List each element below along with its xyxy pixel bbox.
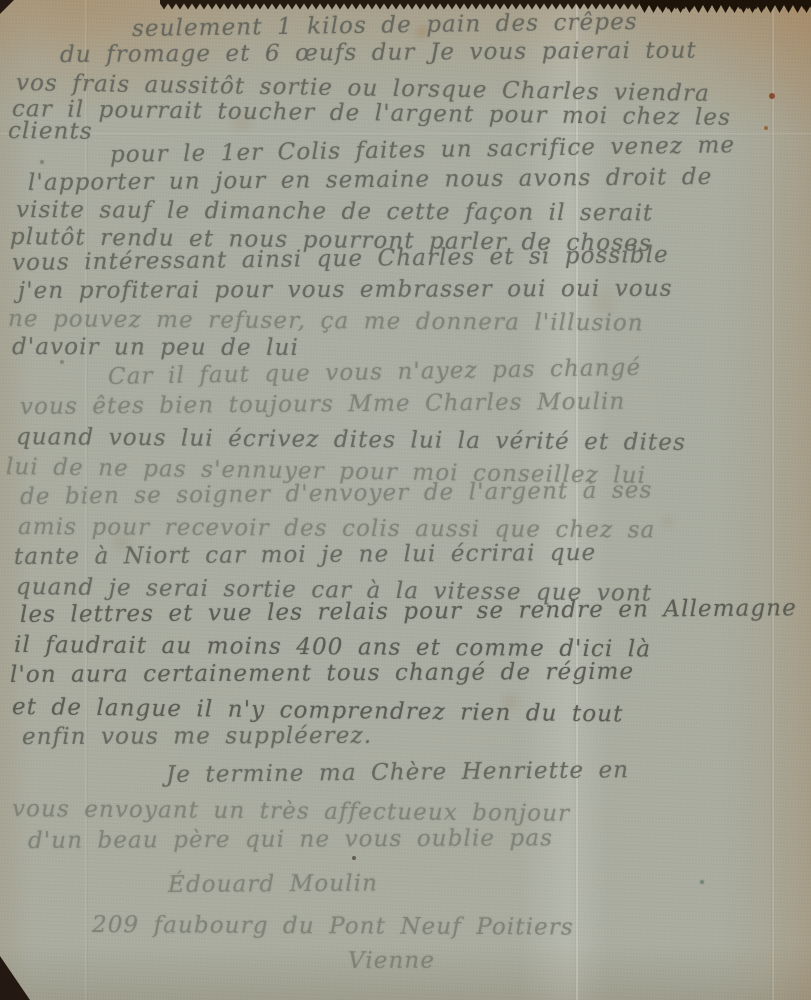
letter-line: d'avoir un peu de lui: [12, 334, 299, 361]
letter-line: clients: [8, 118, 93, 145]
letter-line: amis pour recevoir des colis aussi que c…: [18, 514, 656, 543]
letter-line: les lettres et vue les relais pour se re…: [20, 595, 797, 628]
address-region: Vienne: [348, 948, 435, 974]
letter-line: seulement 1 kilos de pain des crêpes: [132, 9, 638, 42]
letter-closing-line: vous envoyant un très affectueux bonjour: [12, 796, 570, 827]
letter-line: vous êtes bien toujours Mme Charles Moul…: [20, 389, 626, 420]
letter-line: quand vous lui écrivez dites lui la véri…: [16, 424, 686, 456]
address-line: 209 faubourg du Pont Neuf Poitiers: [92, 912, 574, 941]
signature: Édouard Moulin: [168, 871, 378, 898]
fold-crease-right: [771, 0, 775, 1000]
letter-line: il faudrait au moins 400 ans et comme d'…: [14, 632, 651, 662]
letter-line: l'on aura certainement tous changé de ré…: [10, 659, 634, 688]
letter-line: du fromage et 6 œufs dur Je vous paierai…: [60, 38, 697, 68]
letter-closing-line: d'un beau père qui ne vous oublie pas: [28, 825, 553, 854]
scanned-letter-photo: seulement 1 kilos de pain des crêpes du …: [0, 0, 811, 1000]
letter-closing-line: Je termine ma Chère Henriette en: [166, 757, 629, 788]
letter-line: visite sauf le dimanche de cette façon i…: [16, 197, 653, 226]
letter-line: de bien se soigner d'envoyer de l'argent…: [20, 477, 653, 510]
letter-line: enfin vous me suppléerez.: [22, 723, 372, 750]
rust-specks-and-stains: [0, 0, 4, 4]
letter-line: ne pouvez me refuser, ça me donnera l'il…: [8, 306, 644, 336]
letter-line: pour le 1er Colis faites un sacrifice ve…: [110, 132, 736, 168]
letter-paper: seulement 1 kilos de pain des crêpes du …: [0, 0, 811, 1000]
torn-edge-dark-section: [640, 0, 811, 14]
letter-line: tante à Niort car moi je ne lui écrirai …: [14, 540, 597, 570]
letter-line: j'en profiterai pour vous embrasser oui …: [18, 276, 673, 304]
torn-perforated-edge: [160, 0, 811, 10]
letter-line: l'apporter un jour en semaine nous avons…: [28, 164, 713, 196]
